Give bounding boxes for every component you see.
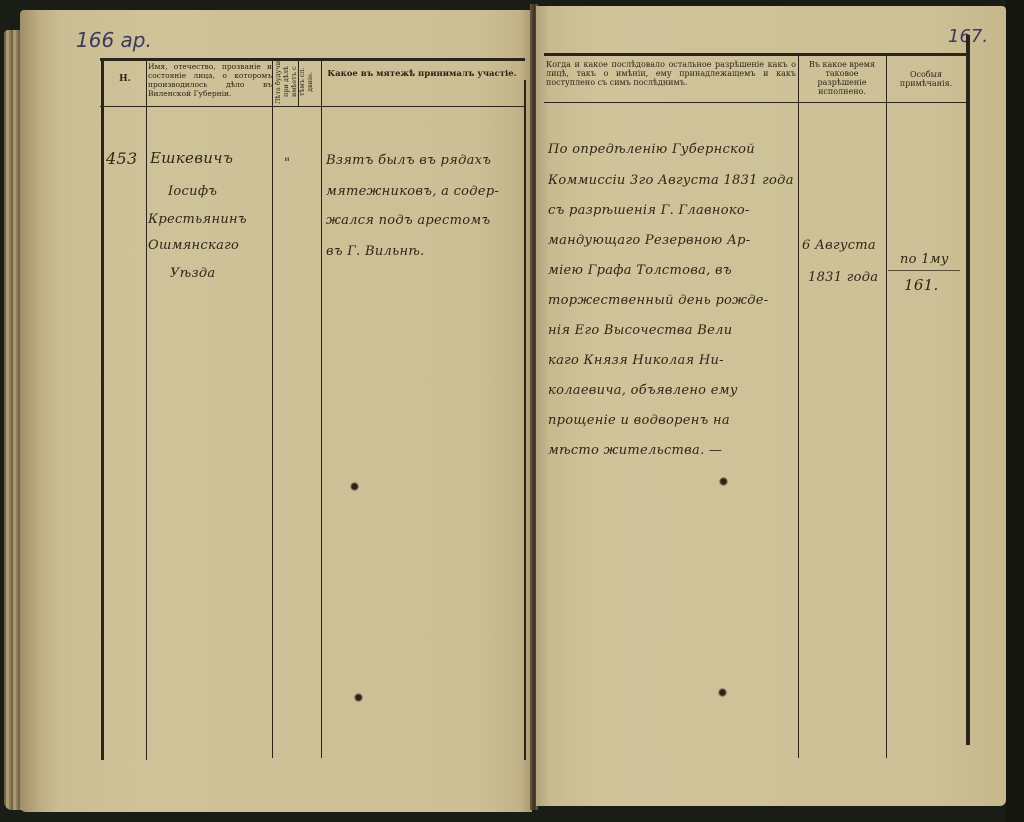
col-rule-name — [272, 58, 273, 758]
header-age: Лѣта будучи при дѣлѣ имѣетъ с тѣмъ сл. д… — [274, 60, 318, 104]
participation-line-2: мятежниковъ, а содер- — [326, 176, 499, 207]
col-rule-number — [146, 58, 147, 760]
resolution-line-2: Коммиссіи 3го Августа 1831 года — [548, 165, 794, 196]
resolution-line-11: мѣсто жительства. — — [548, 435, 722, 466]
resolution-line-10: прощеніе и водворенъ на — [548, 405, 730, 436]
header-participation: Какое въ мятежѣ принималъ участіе. — [322, 70, 522, 79]
header-remarks: Особыя примѣчанія. — [888, 70, 964, 88]
left-inner-rule — [524, 80, 526, 760]
col-rule-resolution — [798, 53, 799, 758]
binding-hole — [354, 693, 363, 702]
resolution-line-3: съ разрѣшенія Г. Главноко- — [548, 195, 750, 226]
left-outer-rule — [101, 58, 104, 760]
header-name: Имя, отечество, прозваніе и состояніе ли… — [148, 62, 272, 98]
resolution-line-5: міею Графа Толстова, въ — [548, 255, 732, 286]
participation-line-4: въ Г. Вильнѣ. — [326, 236, 425, 267]
entry-surname: Ешкевичъ — [150, 143, 233, 174]
resolution-line-8: каго Князя Николая Ни- — [548, 345, 724, 376]
header-resolution: Когда и какое послѣдовало остальное разр… — [546, 60, 796, 87]
participation-line-1: Взятъ былъ въ рядахъ — [326, 145, 491, 176]
open-ledger-book: 166 ар. 167. Н. Имя, отечество, прозвані… — [0, 0, 1024, 822]
resolution-line-1: По опредѣленію Губернской — [548, 134, 755, 165]
right-header-top-rule — [544, 53, 966, 56]
entry-first-name: Іосифъ — [168, 176, 217, 207]
resolution-line-6: торжественный день рожде- — [548, 285, 769, 316]
dark-background-right — [1006, 0, 1024, 822]
binding-hole — [350, 482, 359, 491]
entry-district-word: Уѣзда — [170, 258, 215, 289]
entry-age-ditto: " — [284, 148, 290, 179]
executed-date-line-2: 1831 года — [808, 262, 878, 293]
remarks-line-2: 161. — [904, 270, 939, 301]
resolution-line-9: колаевича, объявлено ему — [548, 375, 738, 406]
executed-date-line-1: 6 Августа — [802, 230, 876, 261]
entry-number: 453 — [106, 143, 137, 174]
participation-line-3: жался подъ арестомъ — [326, 205, 490, 236]
resolution-line-7: нія Его Высочества Вели — [548, 315, 732, 346]
col-rule-age — [321, 58, 322, 758]
binding-hole — [718, 688, 727, 697]
header-number: Н. — [104, 74, 146, 85]
resolution-line-4: мандующаго Резервною Ар- — [548, 225, 750, 256]
entry-district: Ошмянскаго — [148, 230, 239, 261]
header-when-executed: Въ какое время таковое разрѣшеніе исполн… — [800, 60, 884, 96]
col-rule-executed — [886, 53, 887, 758]
left-folio-number: 166 ар. — [76, 28, 152, 52]
right-outer-rule — [966, 35, 970, 745]
left-header-bottom-rule — [100, 106, 525, 107]
binding-hole — [719, 477, 728, 486]
right-header-bottom-rule — [544, 102, 966, 103]
left-page — [20, 10, 532, 812]
